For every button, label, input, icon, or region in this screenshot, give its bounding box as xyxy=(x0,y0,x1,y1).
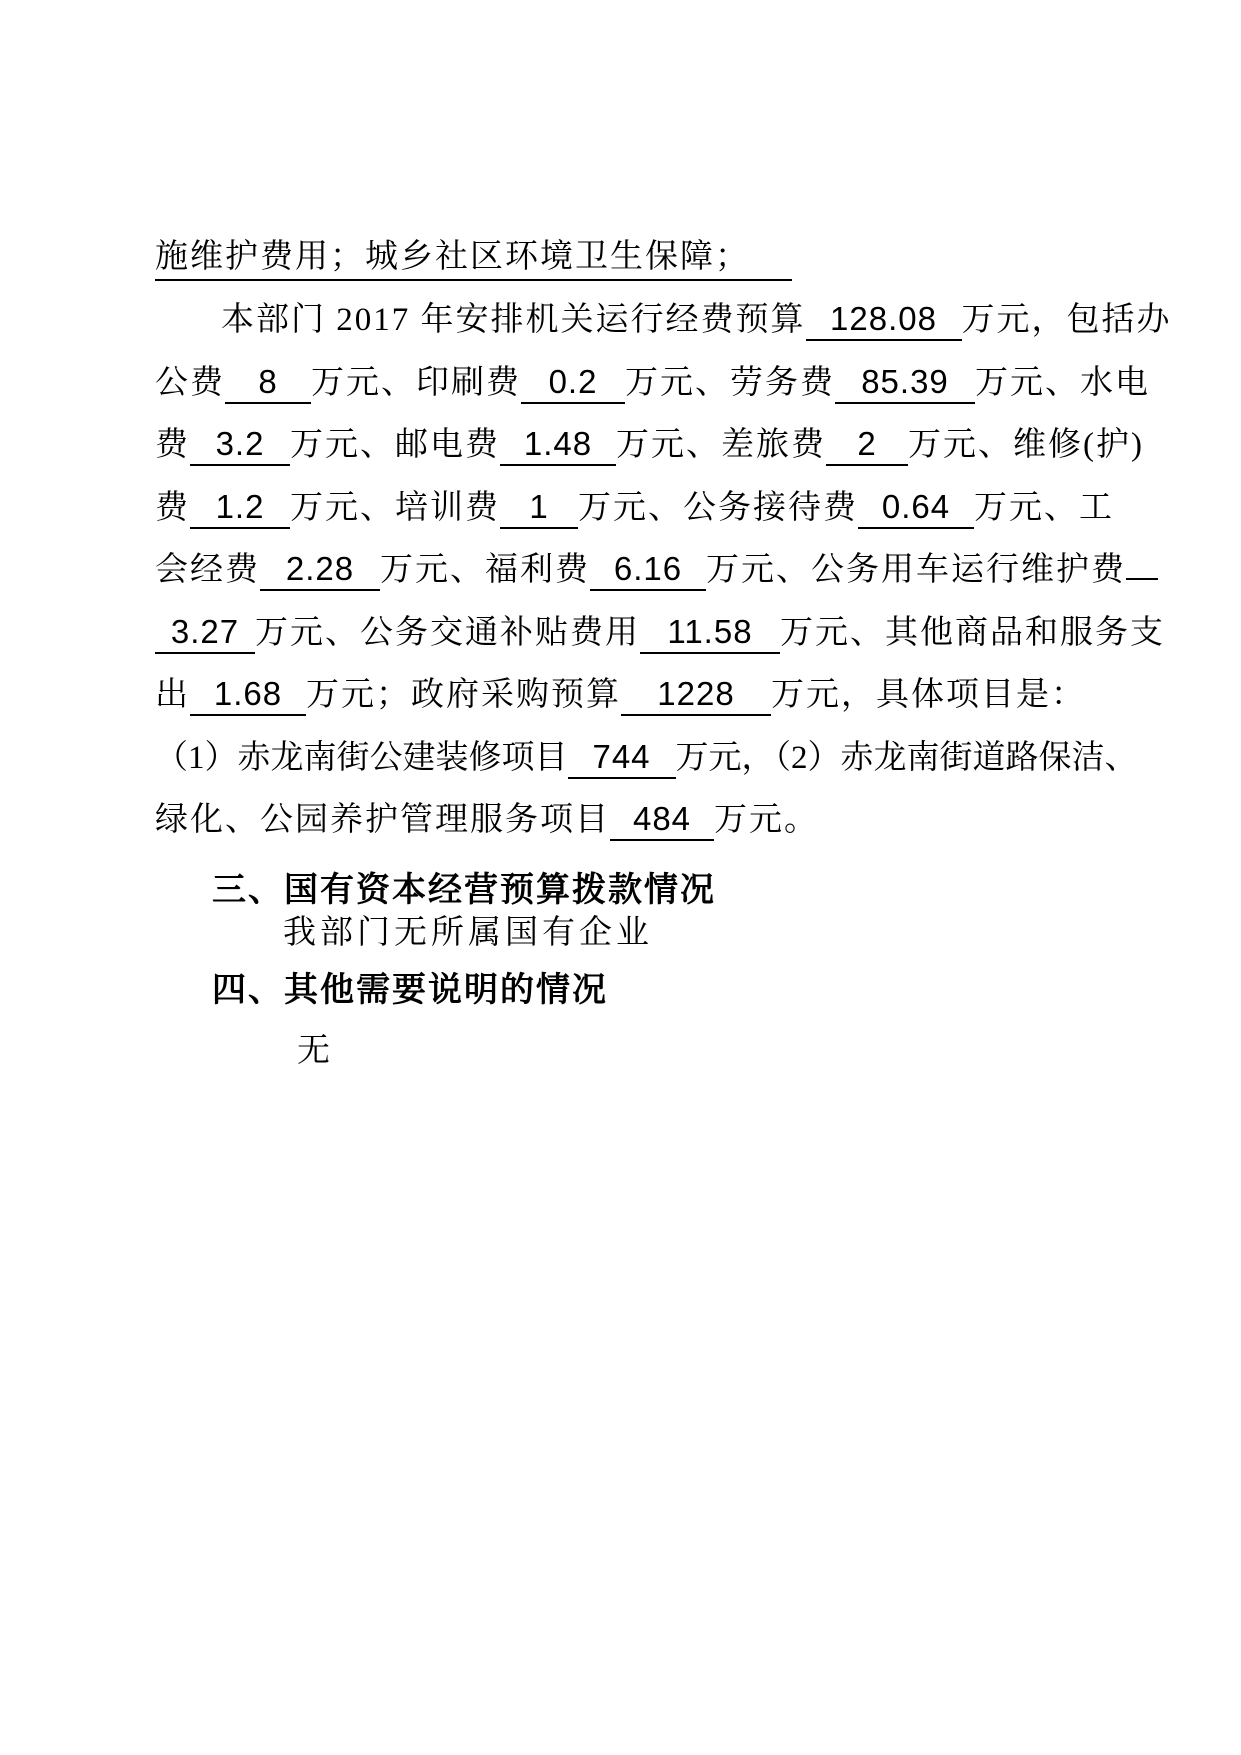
text-segment: 万元；政府采购预算 xyxy=(306,677,621,713)
text-segment: 万元、水电 xyxy=(975,365,1150,401)
paragraph-line: 绿化、公园养护管理服务项目484万元。 xyxy=(155,798,819,841)
text-segment: 万元、福利费 xyxy=(380,552,590,588)
text-segment: 万元、维修(护) xyxy=(908,427,1144,463)
text-segment: 万元、培训费 xyxy=(290,490,500,526)
blank-value: 1.2 xyxy=(190,486,290,529)
paragraph-line: 3.27万元、公务交通补贴费用11.58万元、其他商品和服务支 xyxy=(155,611,1165,654)
paragraph-line: 出1.68万元；政府采购预算1228万元，具体项目是： xyxy=(155,673,1086,716)
blank-value: 6.16 xyxy=(590,548,706,591)
section4-body: 无 xyxy=(297,1024,330,1071)
text-segment: 万元，具体项目是： xyxy=(771,677,1086,713)
blank-value: 11.58 xyxy=(640,611,780,654)
blank-value: 744 xyxy=(568,736,676,779)
section3-heading: 三、国有资本经营预算拨款情况 xyxy=(212,862,716,911)
blank-value: 1 xyxy=(500,486,578,529)
text-segment: 万元、公务用车运行维护费 xyxy=(706,552,1126,588)
paragraph-line: 费1.2万元、培训费1万元、公务接待费0.64万元、工 xyxy=(155,486,1114,529)
text-segment: 万元，包括办 xyxy=(962,302,1172,338)
blank-value: 1228 xyxy=(621,673,771,716)
document-content: 施维护费用；城乡社区环境卫生保障； 本部门 2017 年安排机关运行经费预算12… xyxy=(155,0,1095,1755)
text-segment: 万元、印刷费 xyxy=(311,365,521,401)
blank-value: 2 xyxy=(826,423,908,466)
blank-value: 0.2 xyxy=(521,361,625,404)
blank-value: 128.08 xyxy=(806,298,962,341)
paragraph-line: 本部门 2017 年安排机关运行经费预算128.08万元，包括办 xyxy=(155,298,1172,341)
continuation-line: 施维护费用；城乡社区环境卫生保障； xyxy=(155,238,792,278)
paragraph-line: 会经费2.28万元、福利费6.16万元、公务用车运行维护费 xyxy=(155,548,1158,591)
text-segment: （1）赤龙南街公建装修项目 xyxy=(155,740,568,776)
paragraph-line: 公费8万元、印刷费0.2万元、劳务费85.39万元、水电 xyxy=(155,361,1150,404)
paragraph-line: （1）赤龙南街公建装修项目744万元，（2）赤龙南街道路保洁、 xyxy=(155,736,1138,779)
text-segment: 万元，（2）赤龙南街道路保洁、 xyxy=(676,740,1138,776)
blank-value: 1.68 xyxy=(190,673,306,716)
blank-value xyxy=(1126,578,1158,580)
text-segment: 万元、公务接待费 xyxy=(578,490,858,526)
text-segment: 本部门 2017 年安排机关运行经费预算 xyxy=(221,302,806,338)
text-segment: 万元、其他商品和服务支 xyxy=(780,615,1165,651)
blank-value: 1.48 xyxy=(500,423,616,466)
page: 施维护费用；城乡社区环境卫生保障； 本部门 2017 年安排机关运行经费预算12… xyxy=(0,0,1241,1755)
text-segment: 万元、工 xyxy=(974,490,1114,526)
section3-body: 我部门无所属国有企业 xyxy=(283,906,653,953)
blank-value: 3.27 xyxy=(155,611,255,654)
blank-value: 2.28 xyxy=(260,548,380,591)
text-segment: 会经费 xyxy=(155,552,260,588)
text-segment: 万元。 xyxy=(714,802,819,838)
blank-value: 85.39 xyxy=(835,361,975,404)
text-segment: 费 xyxy=(155,427,190,463)
text-segment: 绿化、公园养护管理服务项目 xyxy=(155,802,610,838)
text-segment: 公费 xyxy=(155,365,225,401)
text-segment: 万元、差旅费 xyxy=(616,427,826,463)
text-segment: 万元、公务交通补贴费用 xyxy=(255,615,640,651)
section4-heading: 四、其他需要说明的情况 xyxy=(212,962,608,1011)
text-segment: 出 xyxy=(155,677,190,713)
paragraph-line: 费3.2万元、邮电费1.48万元、差旅费2万元、维修(护) xyxy=(155,423,1144,466)
continuation-underlined-text: 施维护费用；城乡社区环境卫生保障； xyxy=(155,239,792,281)
text-segment: 费 xyxy=(155,490,190,526)
blank-value: 8 xyxy=(225,361,311,404)
blank-value: 3.2 xyxy=(190,423,290,466)
text-segment: 万元、邮电费 xyxy=(290,427,500,463)
blank-value: 0.64 xyxy=(858,486,974,529)
text-segment: 万元、劳务费 xyxy=(625,365,835,401)
blank-value: 484 xyxy=(610,798,714,841)
